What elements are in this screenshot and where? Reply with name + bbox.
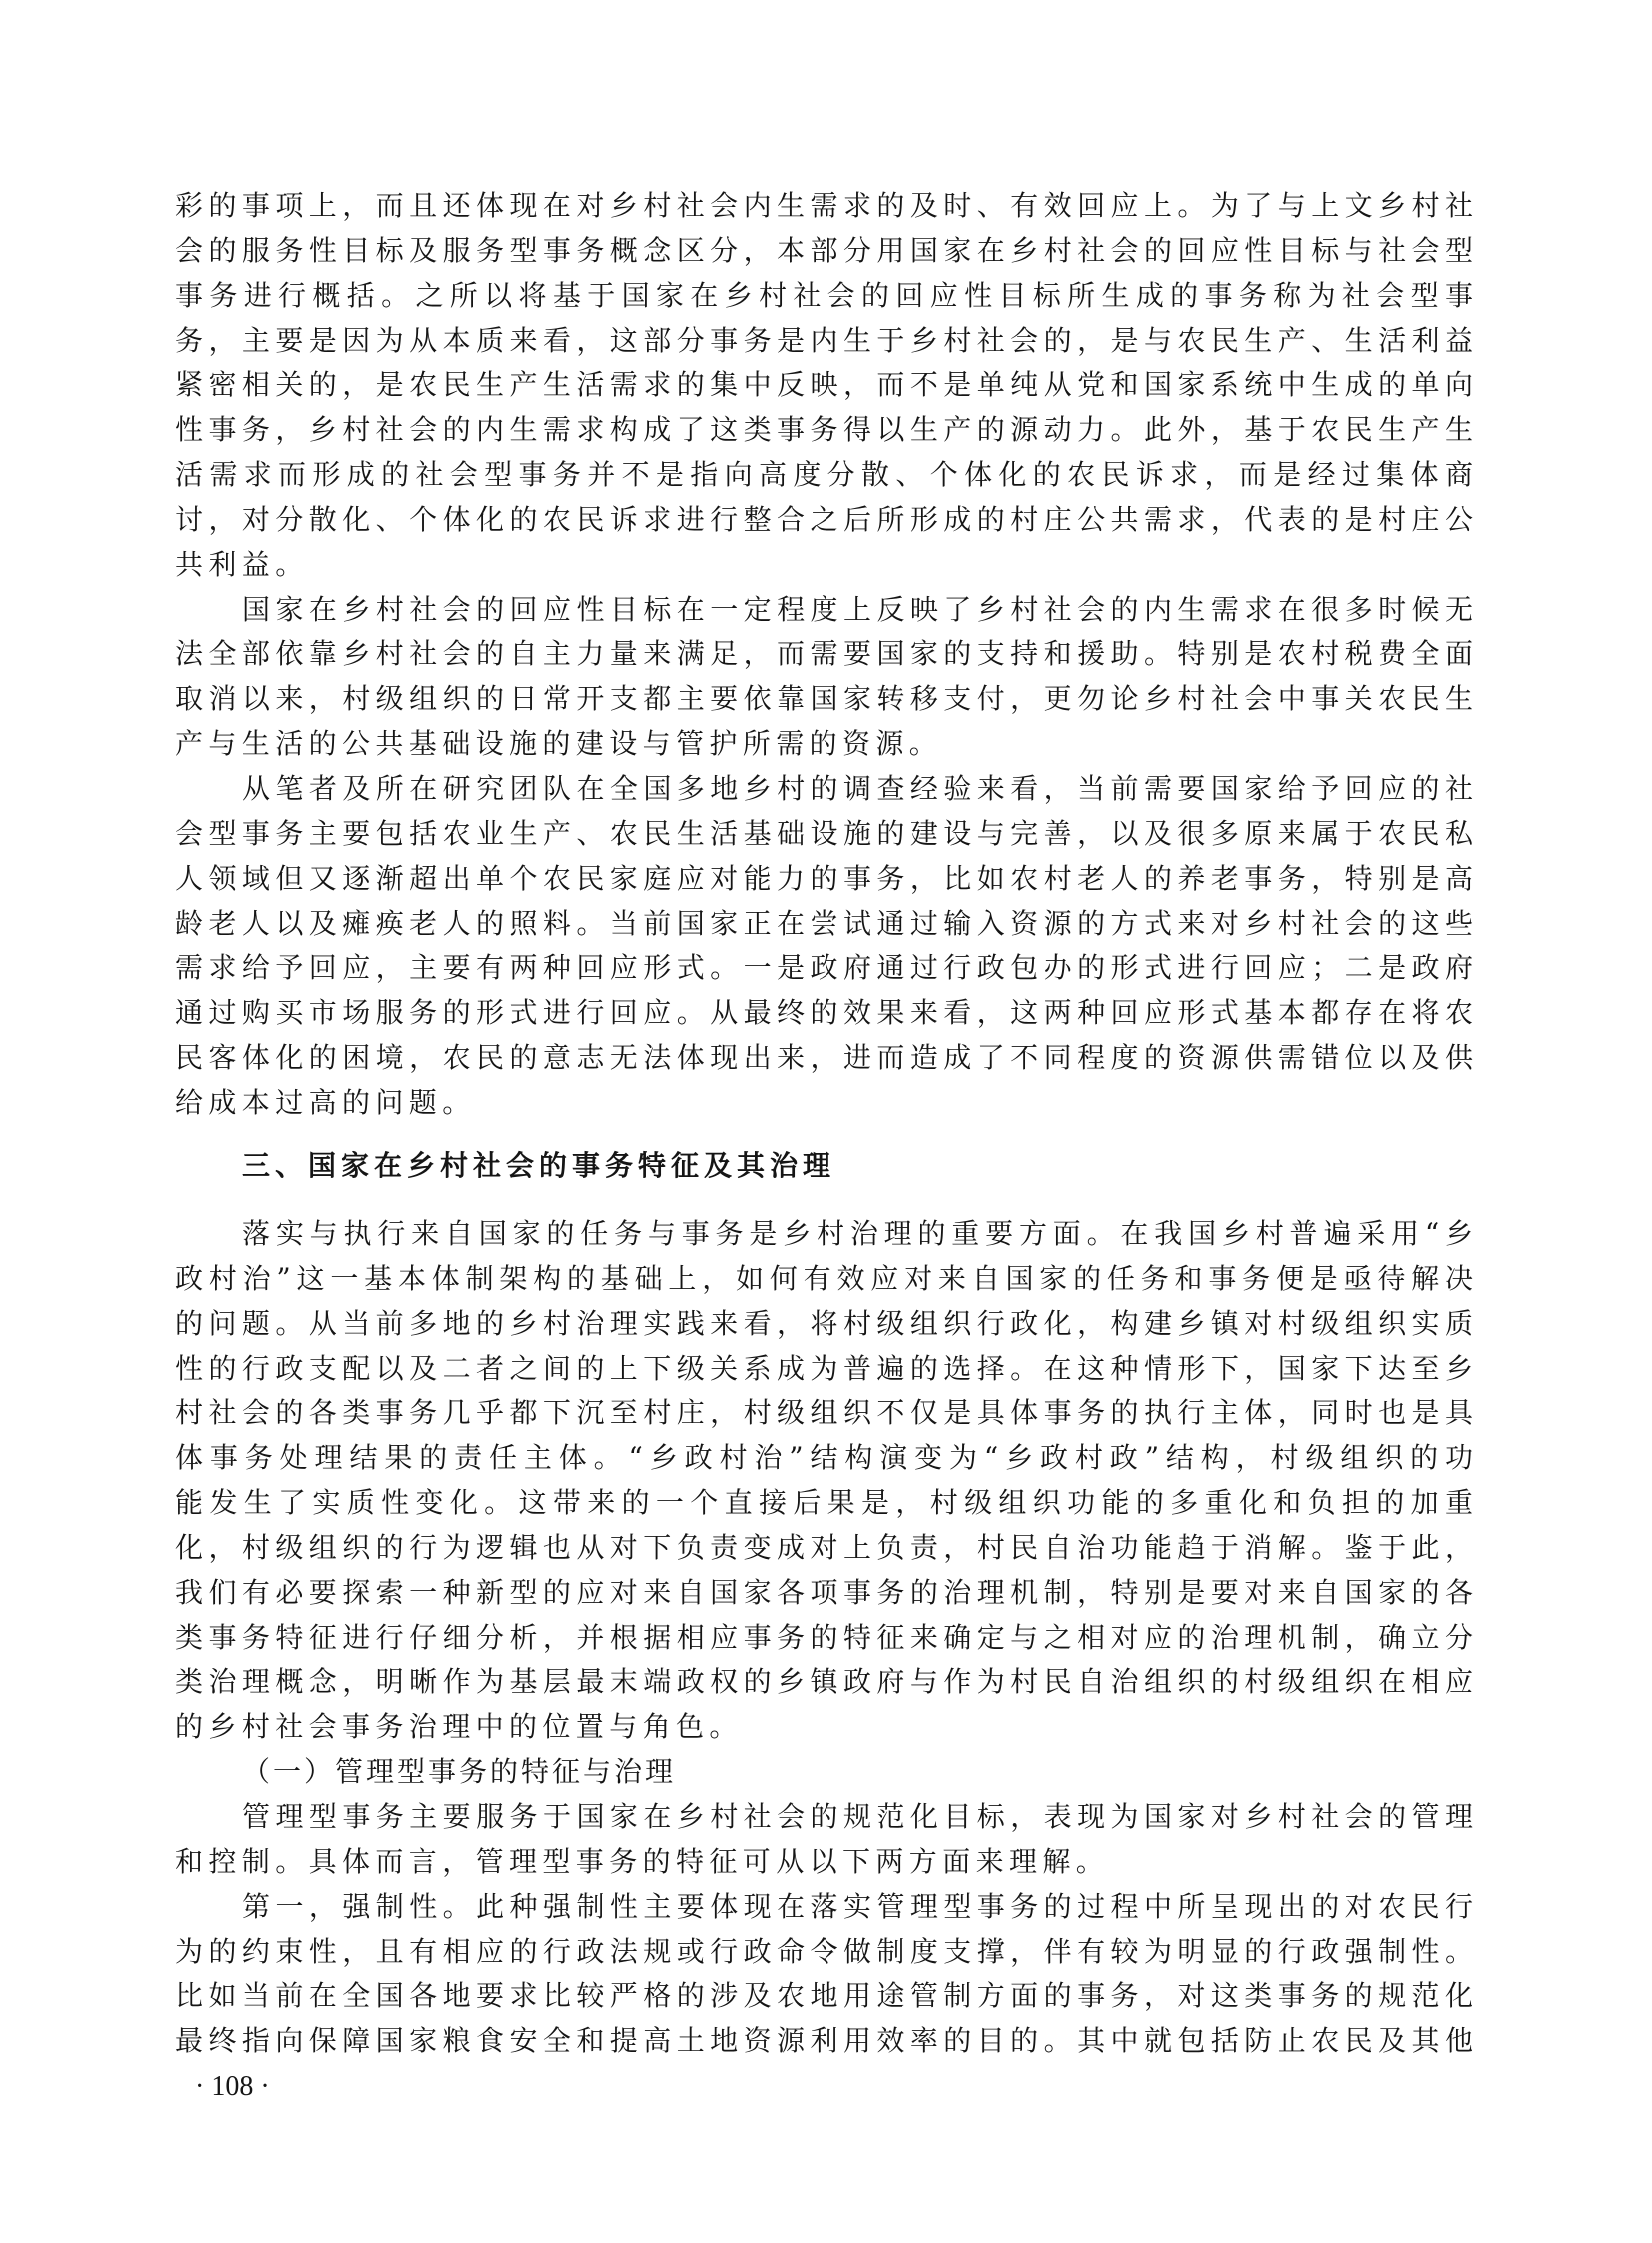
text-line: 给成本过高的问题。 [175, 1081, 1477, 1125]
text-line: 会的服务性目标及服务型事务概念区分，本部分用国家在乡村社会的回应性目标与社会型 [175, 229, 1477, 274]
text-line: 政村治”这一基本体制架构的基础上，如何有效应对来自国家的任务和事务便是亟待解决 [175, 1257, 1477, 1302]
text-line: 管理型事务主要服务于国家在乡村社会的规范化目标，表现为国家对乡村社会的管理 [175, 1795, 1477, 1840]
document-page: 彩的事项上，而且还体现在对乡村社会内生需求的及时、有效回应上。为了与上文乡村社 … [0, 0, 1652, 2243]
subsection-heading: （一）管理型事务的特征与治理 [175, 1750, 1477, 1795]
text-line: 第一，强制性。此种强制性主要体现在落实管理型事务的过程中所呈现出的对农民行 [175, 1885, 1477, 1930]
paragraph: 从笔者及所在研究团队在全国多地乡村的调查经验来看，当前需要国家给予回应的社 会型… [175, 767, 1477, 1125]
text-line: 讨，对分散化、个体化的农民诉求进行整合之后所形成的村庄公共需求，代表的是村庄公 [175, 498, 1477, 543]
text-line: 村社会的各类事务几乎都下沉至村庄，村级组织不仅是具体事务的执行主体，同时也是具 [175, 1391, 1477, 1436]
text-line: 的问题。从当前多地的乡村治理实践来看，将村级组织行政化，构建乡镇对村级组织实质 [175, 1302, 1477, 1347]
text-line: 落实与执行来自国家的任务与事务是乡村治理的重要方面。在我国乡村普遍采用“乡 [175, 1212, 1477, 1257]
text-line: 彩的事项上，而且还体现在对乡村社会内生需求的及时、有效回应上。为了与上文乡村社 [175, 184, 1477, 229]
text-line: 紧密相关的，是农民生产生活需求的集中反映，而不是单纯从党和国家系统中生成的单向 [175, 363, 1477, 408]
text-line: 的乡村社会事务治理中的位置与角色。 [175, 1705, 1477, 1750]
text-line: 需求给予回应，主要有两种回应形式。一是政府通过行政包办的形式进行回应；二是政府 [175, 946, 1477, 991]
body-text-bottom: 落实与执行来自国家的任务与事务是乡村治理的重要方面。在我国乡村普遍采用“乡 政村… [175, 1212, 1477, 2064]
text-line: 国家在乡村社会的回应性目标在一定程度上反映了乡村社会的内生需求在很多时候无 [175, 588, 1477, 633]
text-line: 事务进行概括。之所以将基于国家在乡村社会的回应性目标所生成的事务称为社会型事 [175, 274, 1477, 319]
text-line: 最终指向保障国家粮食安全和提高土地资源利用效率的目的。其中就包括防止农民及其他 [175, 2019, 1477, 2064]
text-line: 通过购买市场服务的形式进行回应。从最终的效果来看，这两种回应形式基本都存在将农 [175, 991, 1477, 1036]
text-line: 龄老人以及瘫痪老人的照料。当前国家正在尝试通过输入资源的方式来对乡村社会的这些 [175, 902, 1477, 947]
section-heading: 三、国家在乡村社会的事务特征及其治理 [242, 1144, 835, 1188]
paragraph: 落实与执行来自国家的任务与事务是乡村治理的重要方面。在我国乡村普遍采用“乡 政村… [175, 1212, 1477, 1750]
text-line: 类治理概念，明晰作为基层最末端政权的乡镇政府与作为村民自治组织的村级组织在相应 [175, 1660, 1477, 1705]
text-line: 体事务处理结果的责任主体。“乡政村治”结构演变为“乡政村政”结构，村级组织的功 [175, 1436, 1477, 1481]
text-line: 共利益。 [175, 543, 1477, 588]
text-line: 能发生了实质性变化。这带来的一个直接后果是，村级组织功能的多重化和负担的加重 [175, 1481, 1477, 1526]
text-line: 取消以来，村级组织的日常开支都主要依靠国家转移支付，更勿论乡村社会中事关农民生 [175, 677, 1477, 722]
text-line: 类事务特征进行仔细分析，并根据相应事务的特征来确定与之相对应的治理机制，确立分 [175, 1616, 1477, 1661]
paragraph: 国家在乡村社会的回应性目标在一定程度上反映了乡村社会的内生需求在很多时候无 法全… [175, 588, 1477, 767]
text-line: 从笔者及所在研究团队在全国多地乡村的调查经验来看，当前需要国家给予回应的社 [175, 767, 1477, 812]
text-line: 为的约束性，且有相应的行政法规或行政命令做制度支撑，伴有较为明显的行政强制性。 [175, 1930, 1477, 1975]
paragraph: 第一，强制性。此种强制性主要体现在落实管理型事务的过程中所呈现出的对农民行 为的… [175, 1885, 1477, 2064]
text-line: 人领域但又逐渐超出单个农民家庭应对能力的事务，比如农村老人的养老事务，特别是高 [175, 857, 1477, 902]
body-text-top: 彩的事项上，而且还体现在对乡村社会内生需求的及时、有效回应上。为了与上文乡村社 … [175, 184, 1477, 1125]
paragraph: 彩的事项上，而且还体现在对乡村社会内生需求的及时、有效回应上。为了与上文乡村社 … [175, 184, 1477, 588]
text-line: 会型事务主要包括农业生产、农民生活基础设施的建设与完善，以及很多原来属于农民私 [175, 812, 1477, 857]
paragraph: 管理型事务主要服务于国家在乡村社会的规范化目标，表现为国家对乡村社会的管理 和控… [175, 1795, 1477, 1885]
text-line: 和控制。具体而言，管理型事务的特征可从以下两方面来理解。 [175, 1840, 1477, 1885]
text-line: 比如当前在全国各地要求比较严格的涉及农地用途管制方面的事务，对这类事务的规范化 [175, 1974, 1477, 2019]
page-number: · 108 · [195, 2065, 270, 2109]
text-line: 我们有必要探索一种新型的应对来自国家各项事务的治理机制，特别是要对来自国家的各 [175, 1571, 1477, 1616]
text-line: 法全部依靠乡村社会的自主力量来满足，而需要国家的支持和援助。特别是农村税费全面 [175, 632, 1477, 677]
text-line: 性的行政支配以及二者之间的上下级关系成为普遍的选择。在这种情形下，国家下达至乡 [175, 1347, 1477, 1392]
text-line: 性事务，乡村社会的内生需求构成了这类事务得以生产的源动力。此外，基于农民生产生 [175, 408, 1477, 453]
text-line: 产与生活的公共基础设施的建设与管护所需的资源。 [175, 722, 1477, 767]
text-line: 化，村级组织的行为逻辑也从对下负责变成对上负责，村民自治功能趋于消解。鉴于此， [175, 1526, 1477, 1571]
text-line: 民客体化的困境，农民的意志无法体现出来，进而造成了不同程度的资源供需错位以及供 [175, 1036, 1477, 1081]
text-line: 务，主要是因为从本质来看，这部分事务是内生于乡村社会的，是与农民生产、生活利益 [175, 319, 1477, 364]
text-line: 活需求而形成的社会型事务并不是指向高度分散、个体化的农民诉求，而是经过集体商 [175, 453, 1477, 498]
